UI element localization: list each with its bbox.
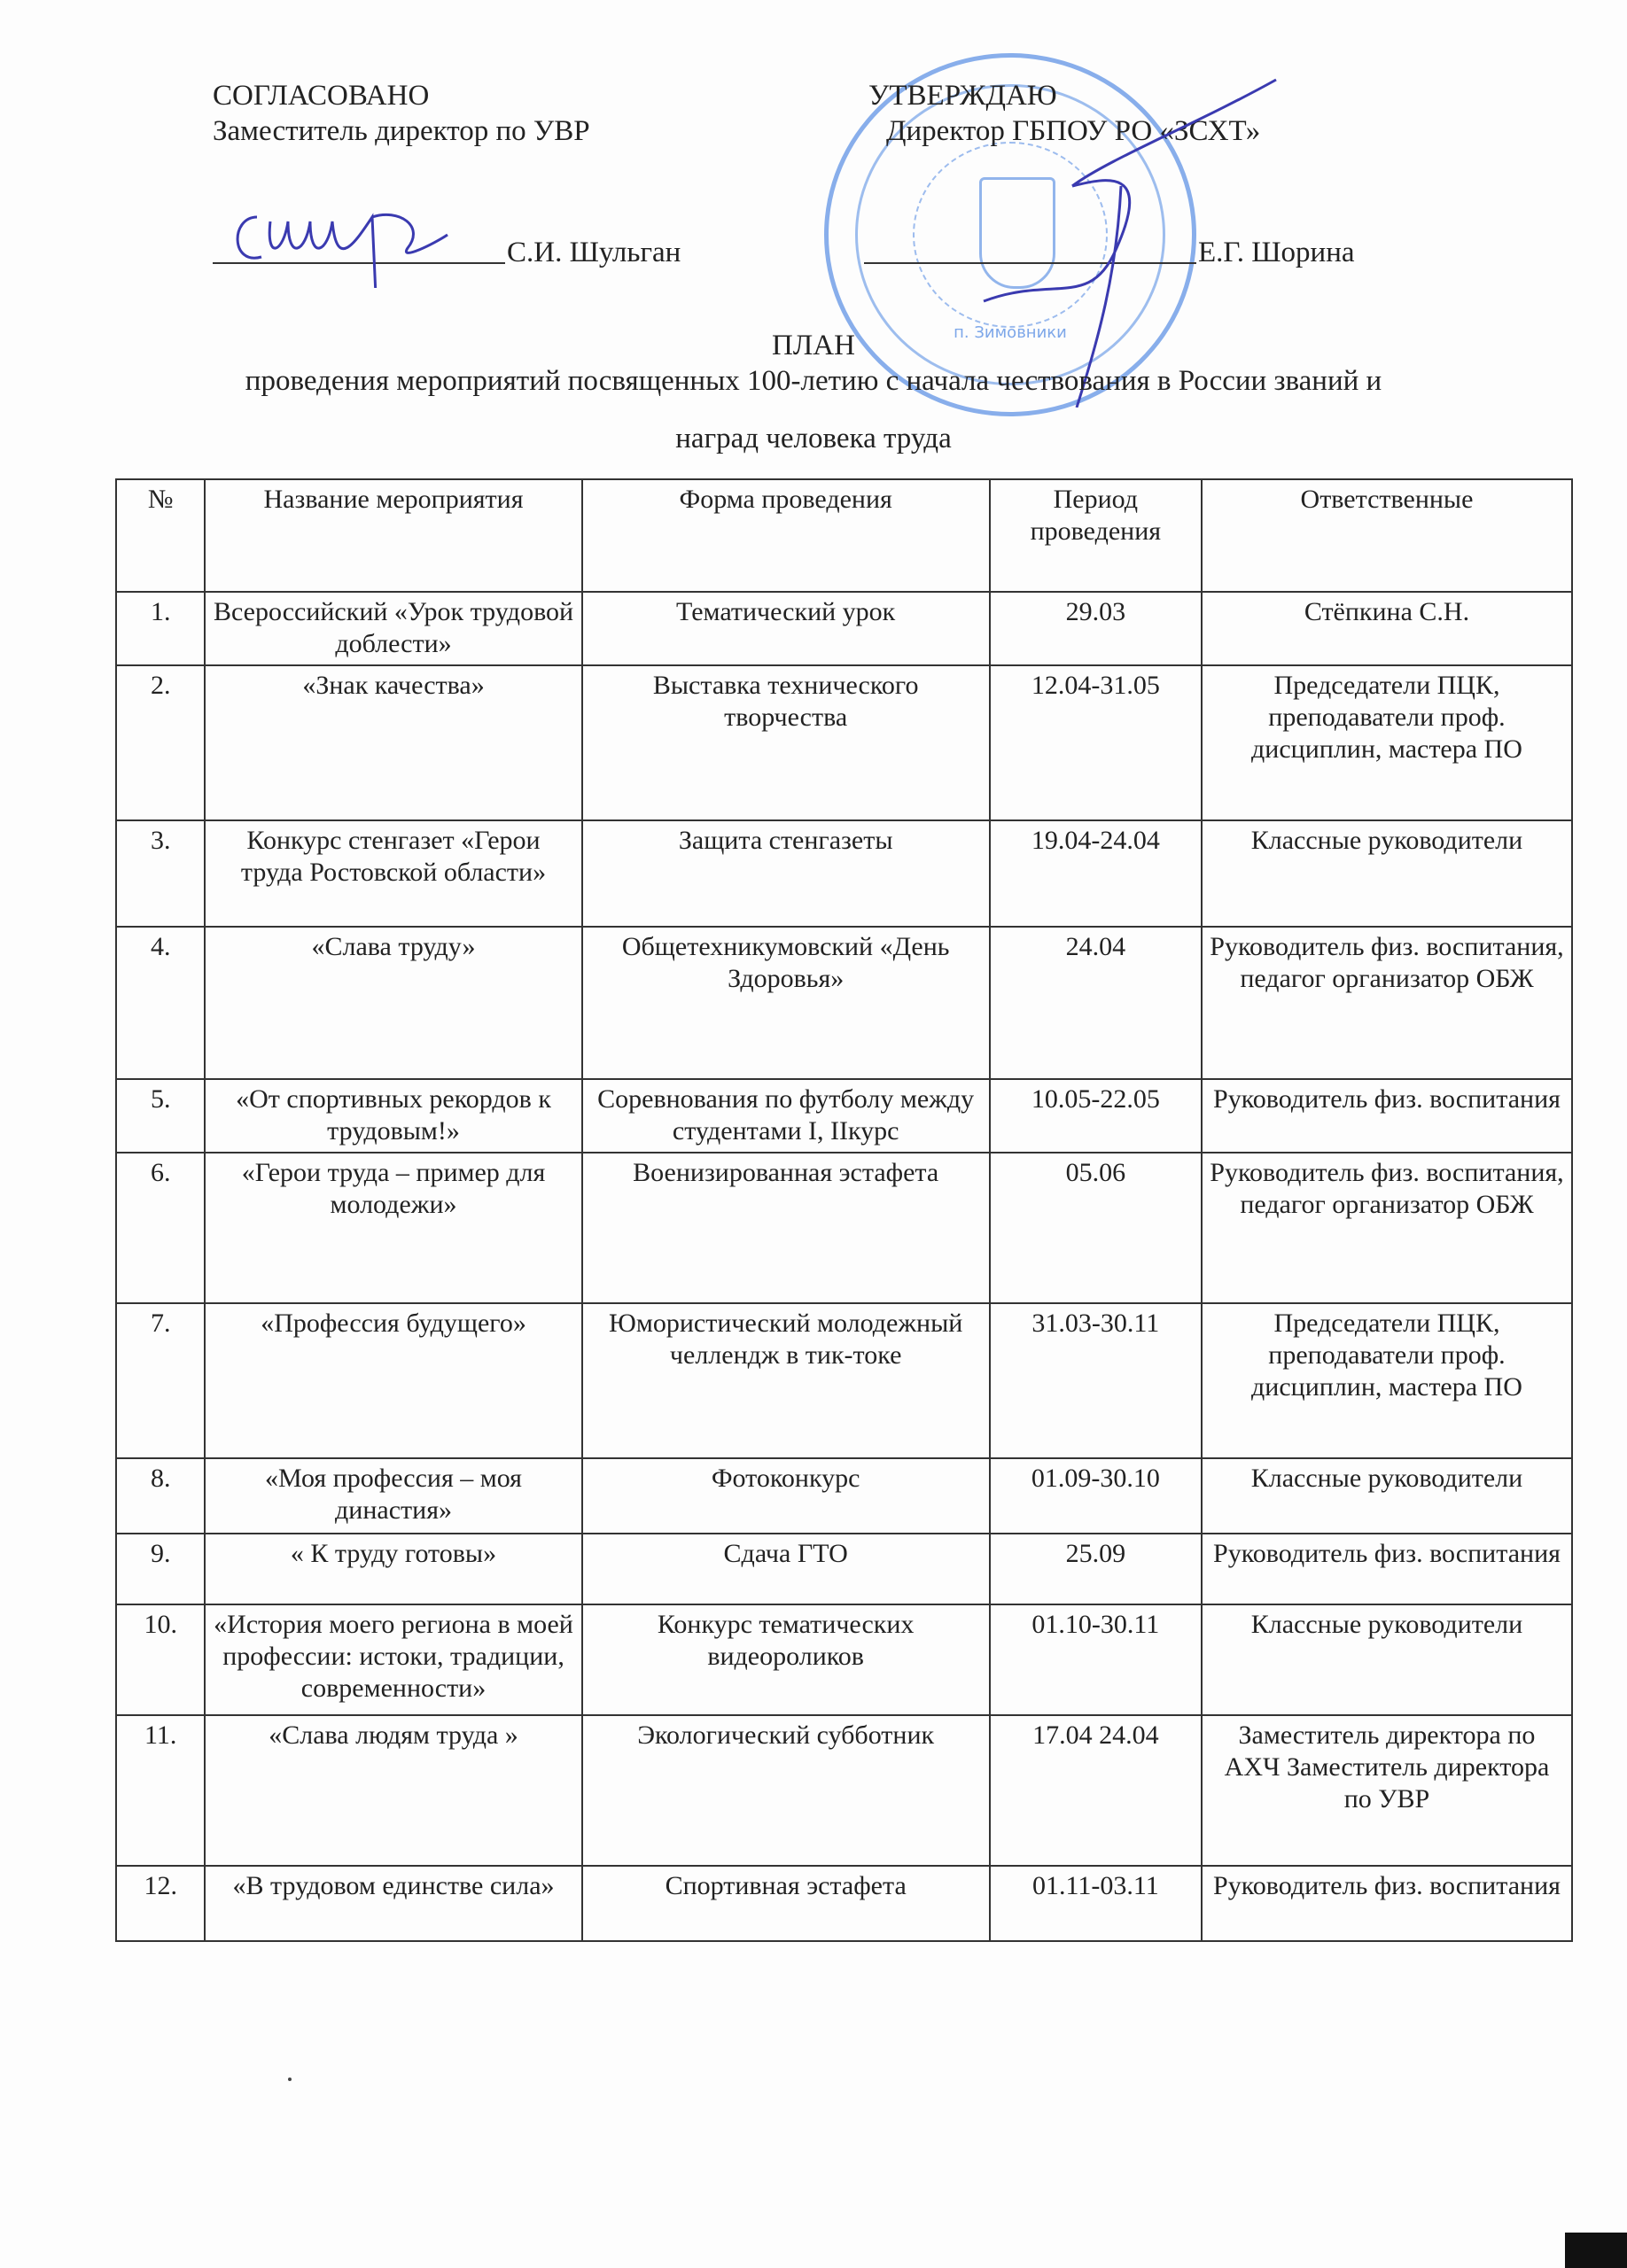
cell-num: 8.	[116, 1458, 205, 1534]
cell-responsible: Стёпкина С.Н.	[1202, 592, 1572, 665]
cell-num: 12.	[116, 1866, 205, 1941]
table-row: 12. «В трудовом единстве сила» Спортивна…	[116, 1866, 1572, 1941]
table-header-row: № Название мероприятия Форма проведения …	[116, 479, 1572, 592]
signature-left-icon	[222, 182, 496, 288]
cell-period: 01.11-03.11	[990, 1866, 1202, 1941]
cell-name: «От спортивных рекордов к трудовым!»	[205, 1079, 581, 1153]
cell-name: «Знак качества»	[205, 665, 581, 820]
cell-name: Конкурс стенгазет «Герои труда Ростовско…	[205, 820, 581, 927]
cell-form: Конкурс тематических видеороликов	[582, 1604, 990, 1715]
cell-name: «Профессия будущего»	[205, 1303, 581, 1458]
cell-period: 10.05-22.05	[990, 1079, 1202, 1153]
cell-responsible: Руководитель физ. воспитания	[1202, 1866, 1572, 1941]
cell-period: 05.06	[990, 1153, 1202, 1303]
cell-name: «Герои труда – пример для молодежи»	[205, 1153, 581, 1303]
cell-form: Общетехникумовский «День Здоровья»	[582, 927, 990, 1079]
cell-form: Соревнования по футболу между студентами…	[582, 1079, 990, 1153]
cell-name: « К труду готовы»	[205, 1534, 581, 1604]
cell-responsible: Руководитель физ. воспитания	[1202, 1079, 1572, 1153]
cell-period: 01.09-30.10	[990, 1458, 1202, 1534]
cell-period: 31.03-30.11	[990, 1303, 1202, 1458]
cell-form: Спортивная эстафета	[582, 1866, 990, 1941]
table-row: 5. «От спортивных рекордов к трудовым!» …	[116, 1079, 1572, 1153]
cell-num: 10.	[116, 1604, 205, 1715]
table-row: 3. Конкурс стенгазет «Герои труда Ростов…	[116, 820, 1572, 927]
cell-form: Сдача ГТО	[582, 1534, 990, 1604]
cell-period: 01.10-30.11	[990, 1604, 1202, 1715]
cell-responsible: Заместитель директора по АХЧ Заместитель…	[1202, 1715, 1572, 1866]
cell-period: 24.04	[990, 927, 1202, 1079]
cell-num: 3.	[116, 820, 205, 927]
cell-form: Тематический урок	[582, 592, 990, 665]
header-num: №	[116, 479, 205, 592]
table-row: 8. «Моя профессия – моя династия» Фотоко…	[116, 1458, 1572, 1534]
document-subtitle-line1: проведения мероприятий посвященных 100-л…	[0, 365, 1627, 398]
scan-edge-shadow	[1565, 2233, 1627, 2268]
table-row: 4. «Слава труду» Общетехникумовский «Ден…	[116, 927, 1572, 1079]
approval-left-name: С.И. Шульган	[507, 235, 681, 270]
cell-name: Всероссийский «Урок трудовой доблести»	[205, 592, 581, 665]
header-period: Период проведения	[990, 479, 1202, 592]
table-row: 9. « К труду готовы» Сдача ГТО 25.09 Рук…	[116, 1534, 1572, 1604]
cell-period: 29.03	[990, 592, 1202, 665]
cell-form: Юмористический молодежный челлендж в тик…	[582, 1303, 990, 1458]
cell-period: 17.04 24.04	[990, 1715, 1202, 1866]
document-title: ПЛАН	[0, 330, 1627, 362]
cell-num: 9.	[116, 1534, 205, 1604]
table-row: 10. «История моего региона в моей профес…	[116, 1604, 1572, 1715]
cell-form: Защита стенгазеты	[582, 820, 990, 927]
table-row: 7. «Профессия будущего» Юмористический м…	[116, 1303, 1572, 1458]
cell-responsible: Руководитель физ. воспитания, педагог ор…	[1202, 927, 1572, 1079]
cell-name: «В трудовом единстве сила»	[205, 1866, 581, 1941]
cell-name: «Моя профессия – моя династия»	[205, 1458, 581, 1534]
header-form: Форма проведения	[582, 479, 990, 592]
cell-form: Выставка технического творчества	[582, 665, 990, 820]
cell-period: 19.04-24.04	[990, 820, 1202, 927]
cell-responsible: Классные руководители	[1202, 820, 1572, 927]
table-row: 1. Всероссийский «Урок трудовой доблести…	[116, 592, 1572, 665]
cell-name: «Слава людям труда »	[205, 1715, 581, 1866]
header-responsible: Ответственные	[1202, 479, 1572, 592]
cell-responsible: Классные руководители	[1202, 1604, 1572, 1715]
table-row: 6. «Герои труда – пример для молодежи» В…	[116, 1153, 1572, 1303]
cell-num: 1.	[116, 592, 205, 665]
cell-responsible: Классные руководители	[1202, 1458, 1572, 1534]
table-row: 11. «Слава людям труда » Экологический с…	[116, 1715, 1572, 1866]
scan-speck	[288, 2078, 292, 2081]
cell-name: «Слава труду»	[205, 927, 581, 1079]
cell-period: 12.04-31.05	[990, 665, 1202, 820]
cell-name: «История моего региона в моей профессии:…	[205, 1604, 581, 1715]
approval-left-position: Заместитель директор по УВР	[213, 113, 590, 149]
cell-responsible: Руководитель физ. воспитания, педагог ор…	[1202, 1153, 1572, 1303]
cell-form: Фотоконкурс	[582, 1458, 990, 1534]
cell-form: Военизированная эстафета	[582, 1153, 990, 1303]
cell-num: 6.	[116, 1153, 205, 1303]
approval-left-heading: СОГЛАСОВАНО	[213, 78, 429, 113]
cell-num: 7.	[116, 1303, 205, 1458]
document-subtitle-line2: наград человека труда	[0, 423, 1627, 455]
cell-num: 5.	[116, 1079, 205, 1153]
approval-right-name: Е.Г. Шорина	[1198, 235, 1355, 270]
table-row: 2. «Знак качества» Выставка технического…	[116, 665, 1572, 820]
header-name: Название мероприятия	[205, 479, 581, 592]
events-plan-table: № Название мероприятия Форма проведения …	[115, 478, 1573, 1942]
cell-num: 11.	[116, 1715, 205, 1866]
cell-responsible: Руководитель физ. воспитания	[1202, 1534, 1572, 1604]
cell-form: Экологический субботник	[582, 1715, 990, 1866]
cell-responsible: Председатели ПЦК, преподаватели проф. ди…	[1202, 1303, 1572, 1458]
cell-period: 25.09	[990, 1534, 1202, 1604]
cell-num: 2.	[116, 665, 205, 820]
cell-num: 4.	[116, 927, 205, 1079]
cell-responsible: Председатели ПЦК, преподаватели проф. ди…	[1202, 665, 1572, 820]
